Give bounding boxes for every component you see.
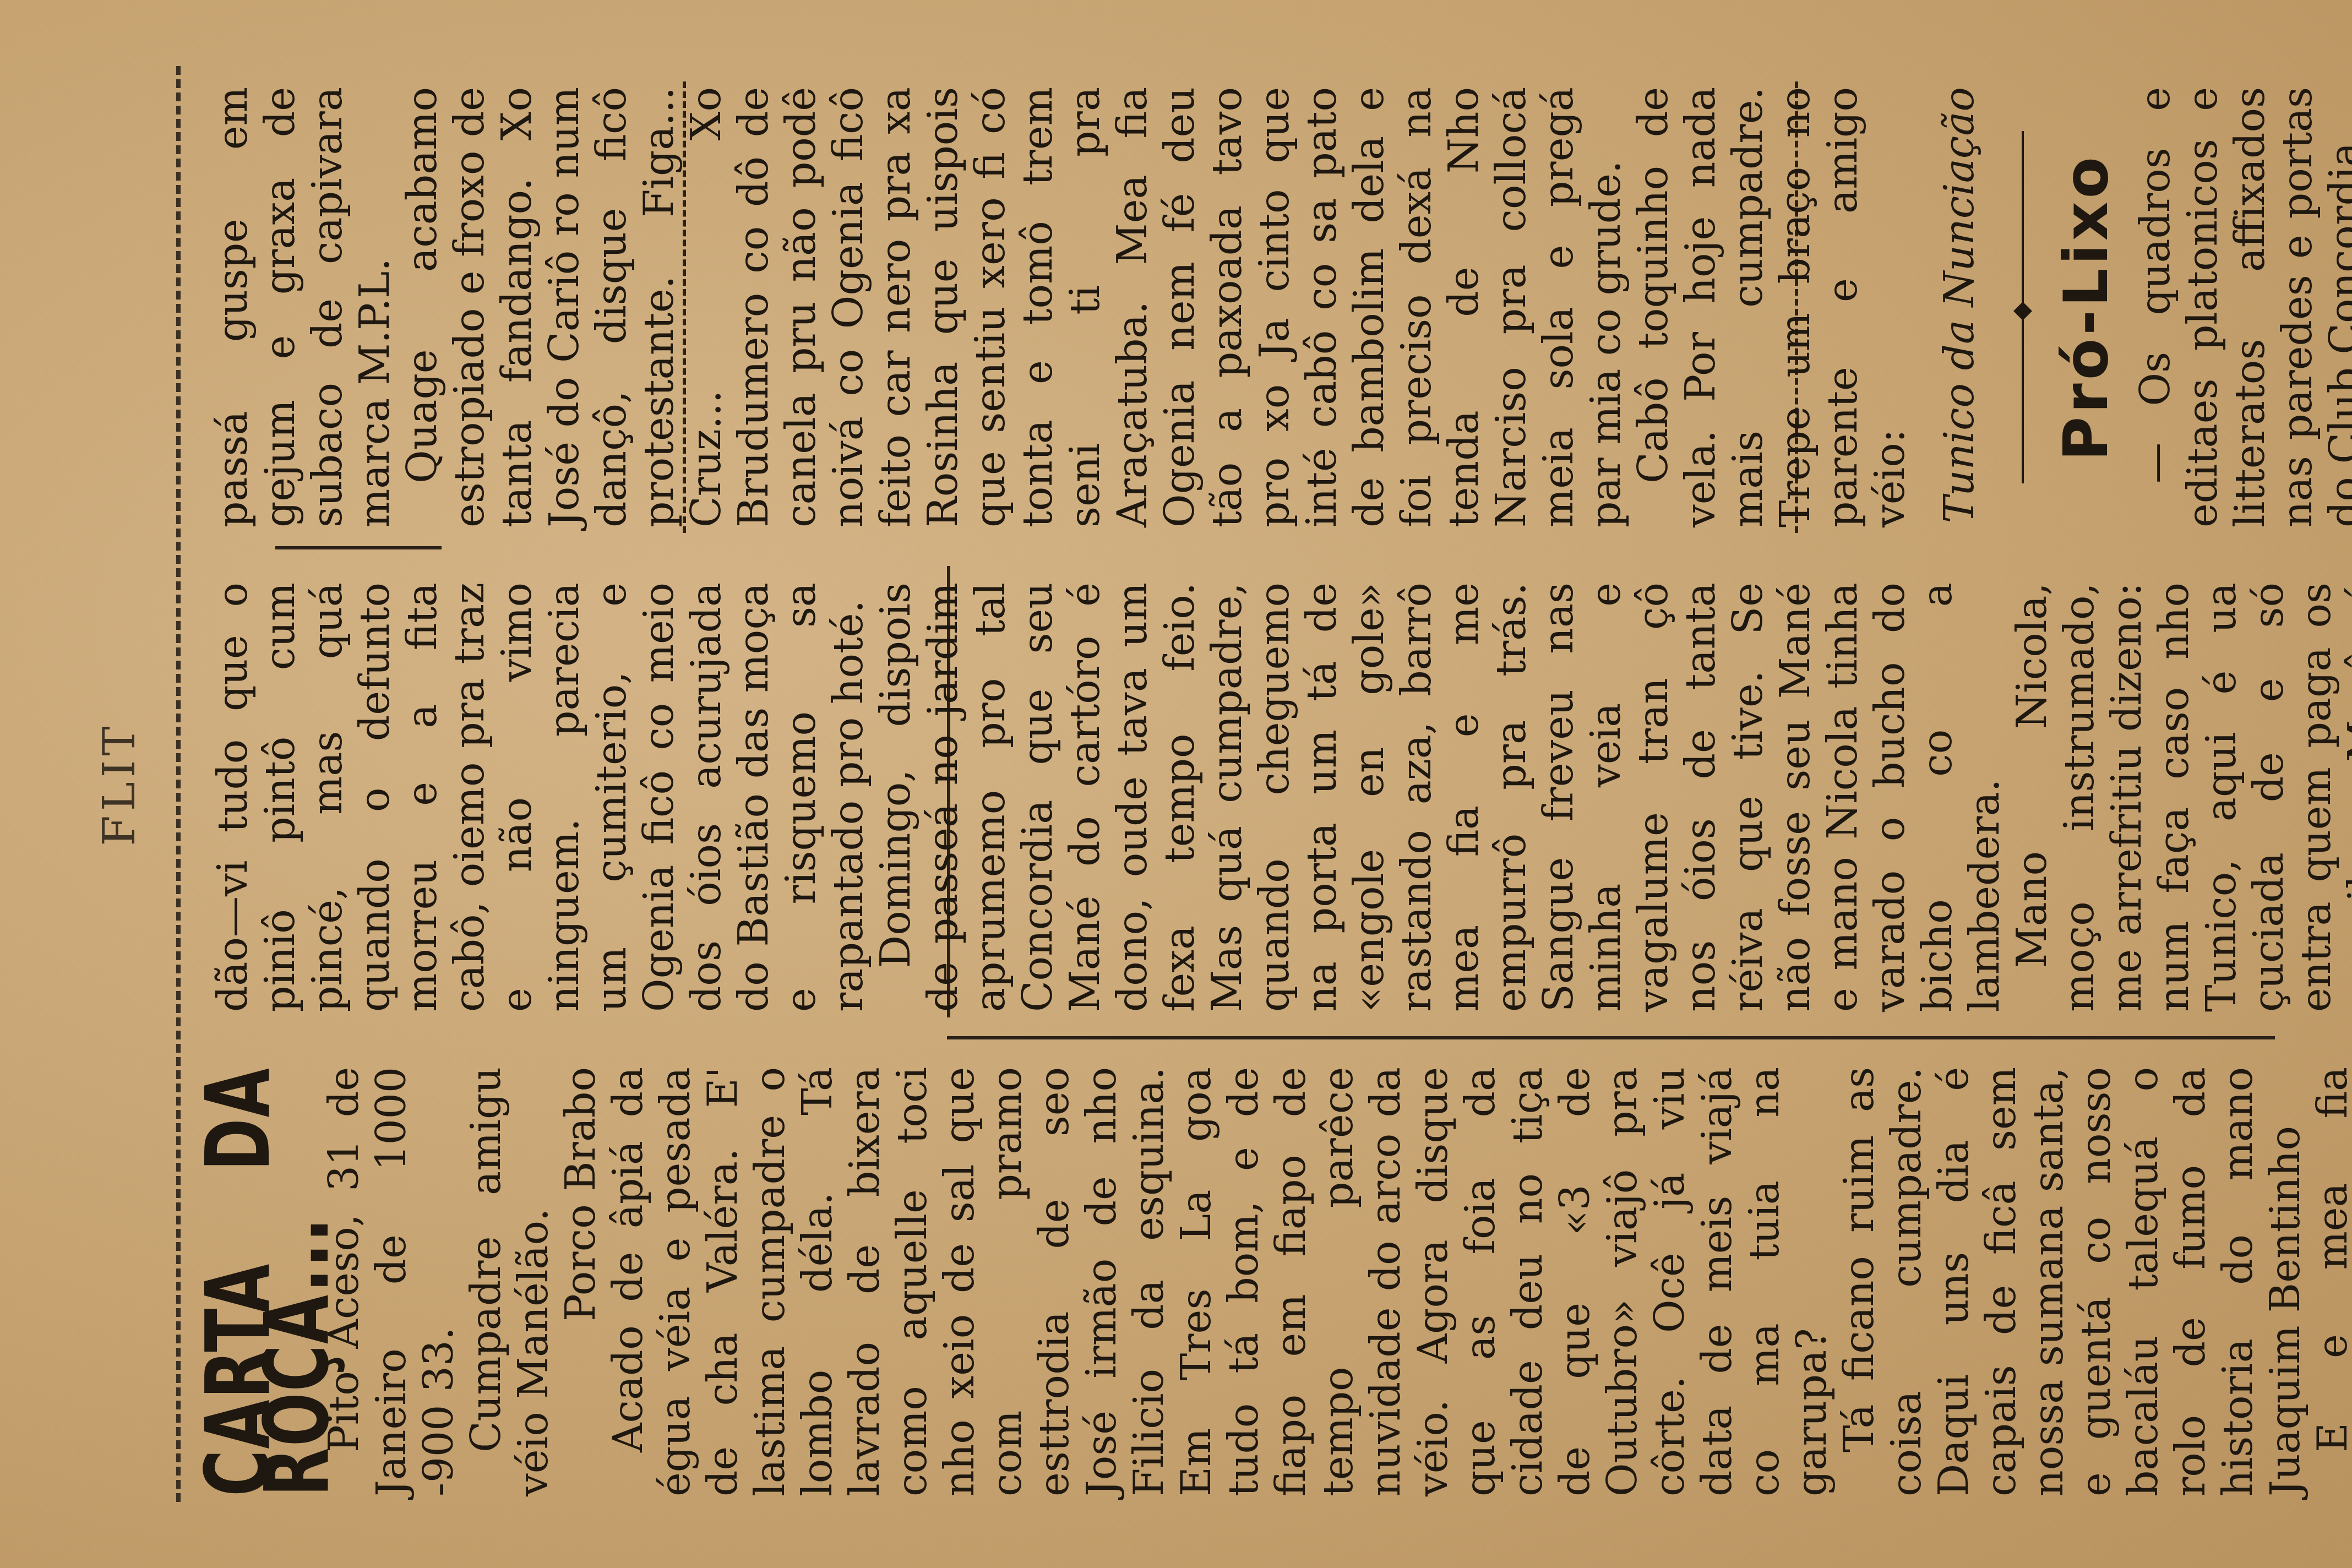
paragraph: passá guspe em gejum e graxa de subaco d… <box>209 87 399 527</box>
paragraph: dão—vi tudo que o piniô pintô cum pincé,… <box>209 582 872 1012</box>
column-divider <box>275 546 442 549</box>
newspaper-page: FLIT CARTA DA ROÇA... Pito Aceso, 31 de … <box>0 0 2352 1568</box>
article-column-1: CARTA DA ROÇA... Pito Aceso, 31 de Janei… <box>209 1067 2352 1496</box>
paragraph: Acado de âpiá da égua véia e pesada de c… <box>605 1067 1836 1496</box>
article-signature: Tunico da Nunciação <box>1936 87 1983 527</box>
prolixo-title: Pró-Lixo <box>2062 87 2110 527</box>
page-folio: FLIT <box>94 0 145 1568</box>
prolixo-item: — Os quadros e editaes platonicos e litt… <box>2132 87 2352 527</box>
paragraph: Cabô toquinho de vela. Por hoje nada mai… <box>1630 87 1914 527</box>
paragraph: Mano Nicola, moço instrumado, me arrefri… <box>2008 582 2352 1012</box>
article-column-2: dão—vi tudo que o piniô pintô cum pincé,… <box>209 582 2352 1012</box>
article-title: CARTA DA ROÇA... <box>209 1067 328 1496</box>
top-divider <box>176 66 181 1502</box>
ornament-divider-icon <box>2016 131 2029 483</box>
salutation: Cumpadre amigu véio Manélão. <box>462 1067 557 1496</box>
paragraph: Domingo, dispois de passeá no jardim apr… <box>872 582 2008 1012</box>
article-column-3: passá guspe em gejum e graxa de subaco d… <box>209 87 2352 527</box>
column-divider <box>947 1036 2275 1039</box>
paragraph: Quage acabamo estropiado e froxo de tant… <box>399 87 1630 527</box>
paragraph: Tá ficano ruim as coisa cumpadre. Daqui … <box>1836 1067 2309 1496</box>
signoff: Porco Brabo <box>557 1067 605 1496</box>
paragraph: E e mea fia Ogenia fi quemo esboforido d… <box>2309 1067 2352 1496</box>
